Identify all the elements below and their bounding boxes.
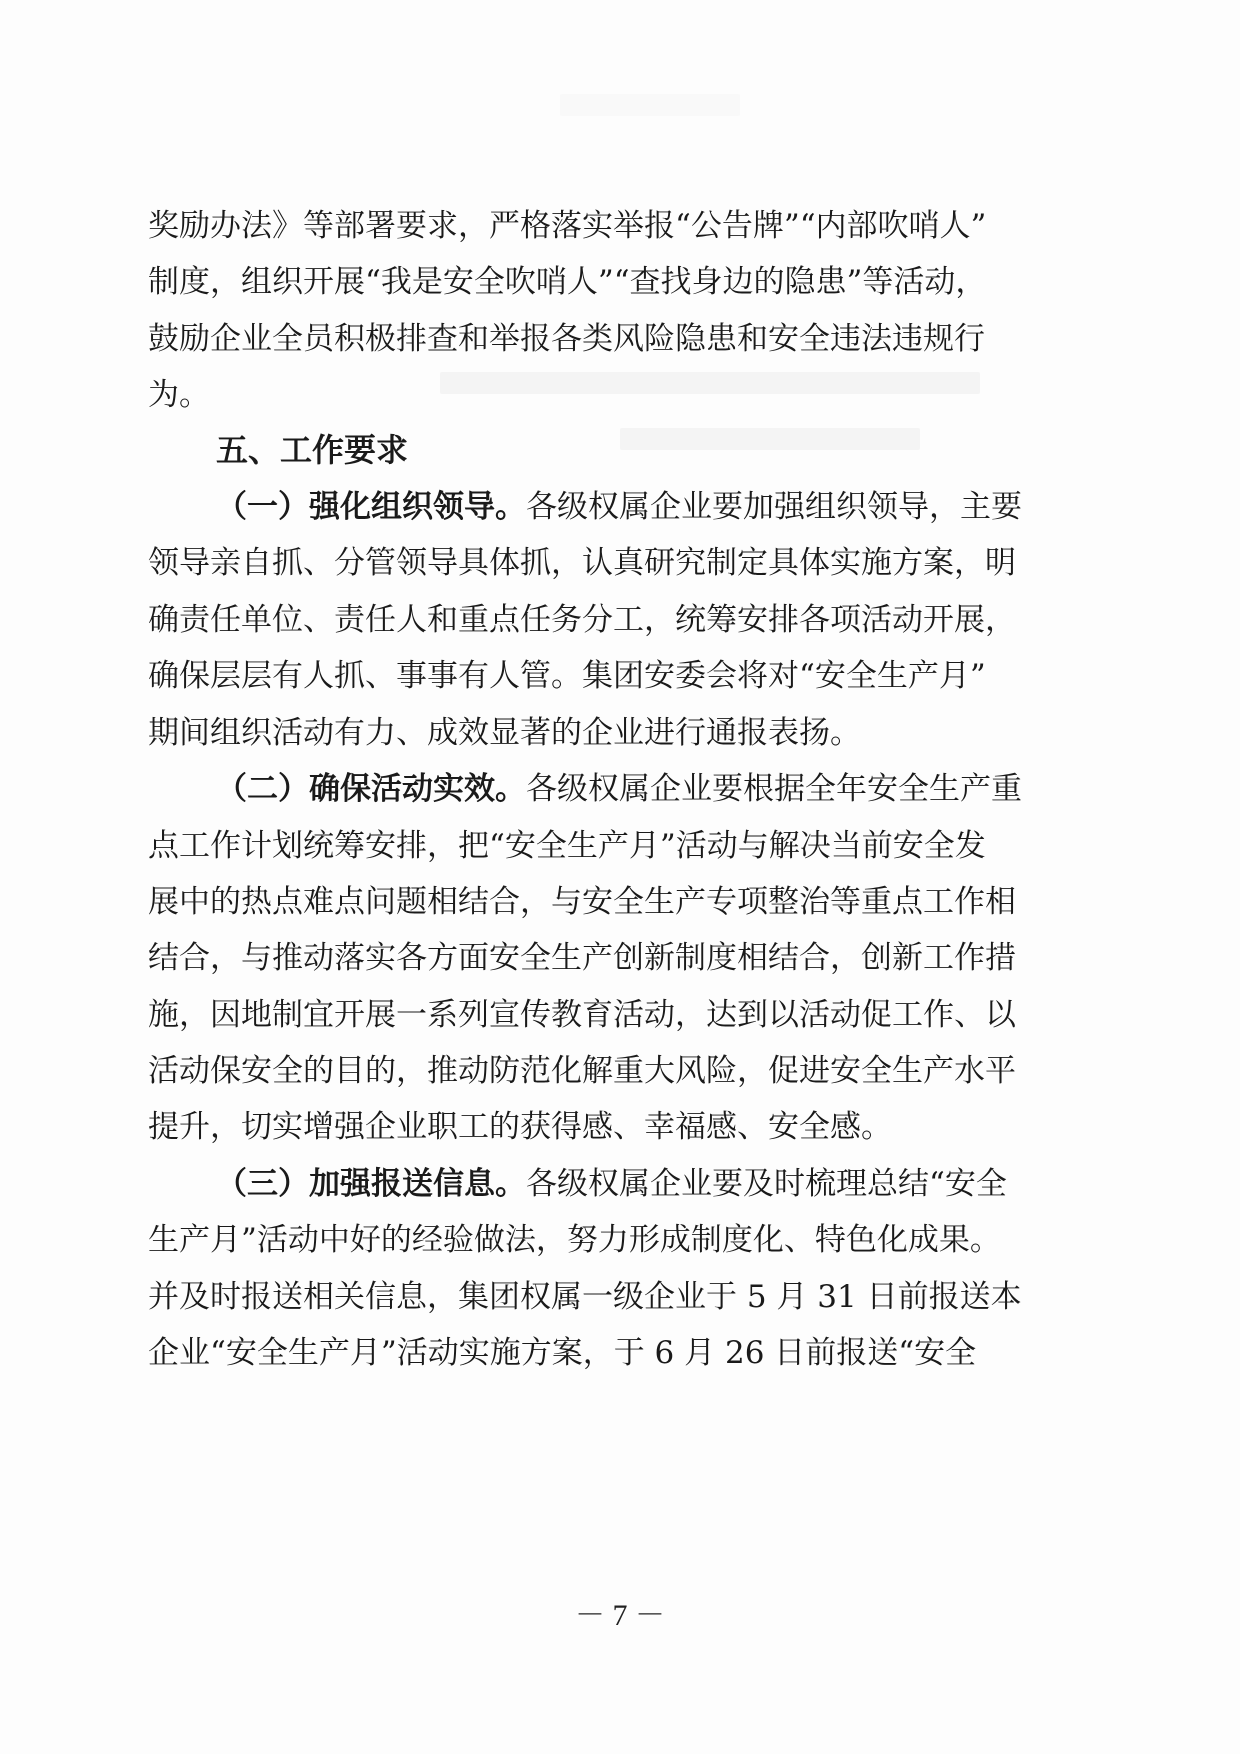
- body-text-line: 生产月”活动中好的经验做法，努力形成制度化、特色化成果。: [148, 1220, 974, 1260]
- item-label: （二）确保活动实效。: [216, 771, 526, 807]
- body-text-line: 活动保安全的目的，推动防范化解重大风险，促进安全生产水平: [148, 1051, 974, 1091]
- body-text-line: 奖励办法》等部署要求，严格落实举报“公告牌”“内部吹哨人”: [148, 206, 974, 246]
- body-text-line: 制度，组织开展“我是安全吹哨人”“查找身边的隐患”等活动，: [148, 262, 974, 302]
- bleed-through-mark: [620, 428, 920, 450]
- bleed-through-mark: [560, 94, 740, 116]
- document-page: 奖励办法》等部署要求，严格落实举报“公告牌”“内部吹哨人” 制度，组织开展“我是…: [0, 0, 1240, 1754]
- body-text-line: 领导亲自抓、分管领导具体抓，认真研究制定具体实施方案，明: [148, 543, 974, 583]
- item-first-line: （二）确保活动实效。各级权属企业要根据全年安全生产重: [216, 769, 974, 809]
- body-text-line: 施，因地制宜开展一系列宣传教育活动，达到以活动促工作、以: [148, 995, 974, 1035]
- body-text-line: 为。: [148, 375, 974, 415]
- item-text: 各级权属企业要及时梳理总结“安全: [526, 1166, 1007, 1202]
- body-text-line: 企业“安全生产月”活动实施方案，于 6 月 26 日前报送“安全: [148, 1333, 974, 1373]
- body-text-line: 并及时报送相关信息，集团权属一级企业于 5 月 31 日前报送本: [148, 1277, 974, 1317]
- body-text-line: 确保层层有人抓、事事有人管。集团安委会将对“安全生产月”: [148, 656, 974, 696]
- item-label: （三）加强报送信息。: [216, 1166, 526, 1202]
- item-text: 各级权属企业要加强组织领导，主要: [526, 489, 1022, 525]
- section-heading: 五、工作要求: [216, 430, 408, 470]
- body-text-line: 提升，切实增强企业职工的获得感、幸福感、安全感。: [148, 1107, 974, 1147]
- body-text-line: 点工作计划统筹安排，把“安全生产月”活动与解决当前安全发: [148, 826, 974, 866]
- item-label: （一）强化组织领导。: [216, 489, 526, 525]
- body-text-line: 展中的热点难点问题相结合，与安全生产专项整治等重点工作相: [148, 882, 974, 922]
- item-first-line: （一）强化组织领导。各级权属企业要加强组织领导，主要: [216, 487, 974, 527]
- page-number: － 7 －: [0, 1590, 1240, 1634]
- body-text-line: 期间组织活动有力、成效显著的企业进行通报表扬。: [148, 713, 974, 753]
- item-text: 各级权属企业要根据全年安全生产重: [526, 771, 1022, 807]
- body-text-line: 鼓励企业全员积极排查和举报各类风险隐患和安全违法违规行: [148, 319, 974, 359]
- body-text-line: 结合，与推动落实各方面安全生产创新制度相结合，创新工作措: [148, 938, 974, 978]
- item-first-line: （三）加强报送信息。各级权属企业要及时梳理总结“安全: [216, 1164, 974, 1204]
- body-text-line: 确责任单位、责任人和重点任务分工，统筹安排各项活动开展，: [148, 600, 974, 640]
